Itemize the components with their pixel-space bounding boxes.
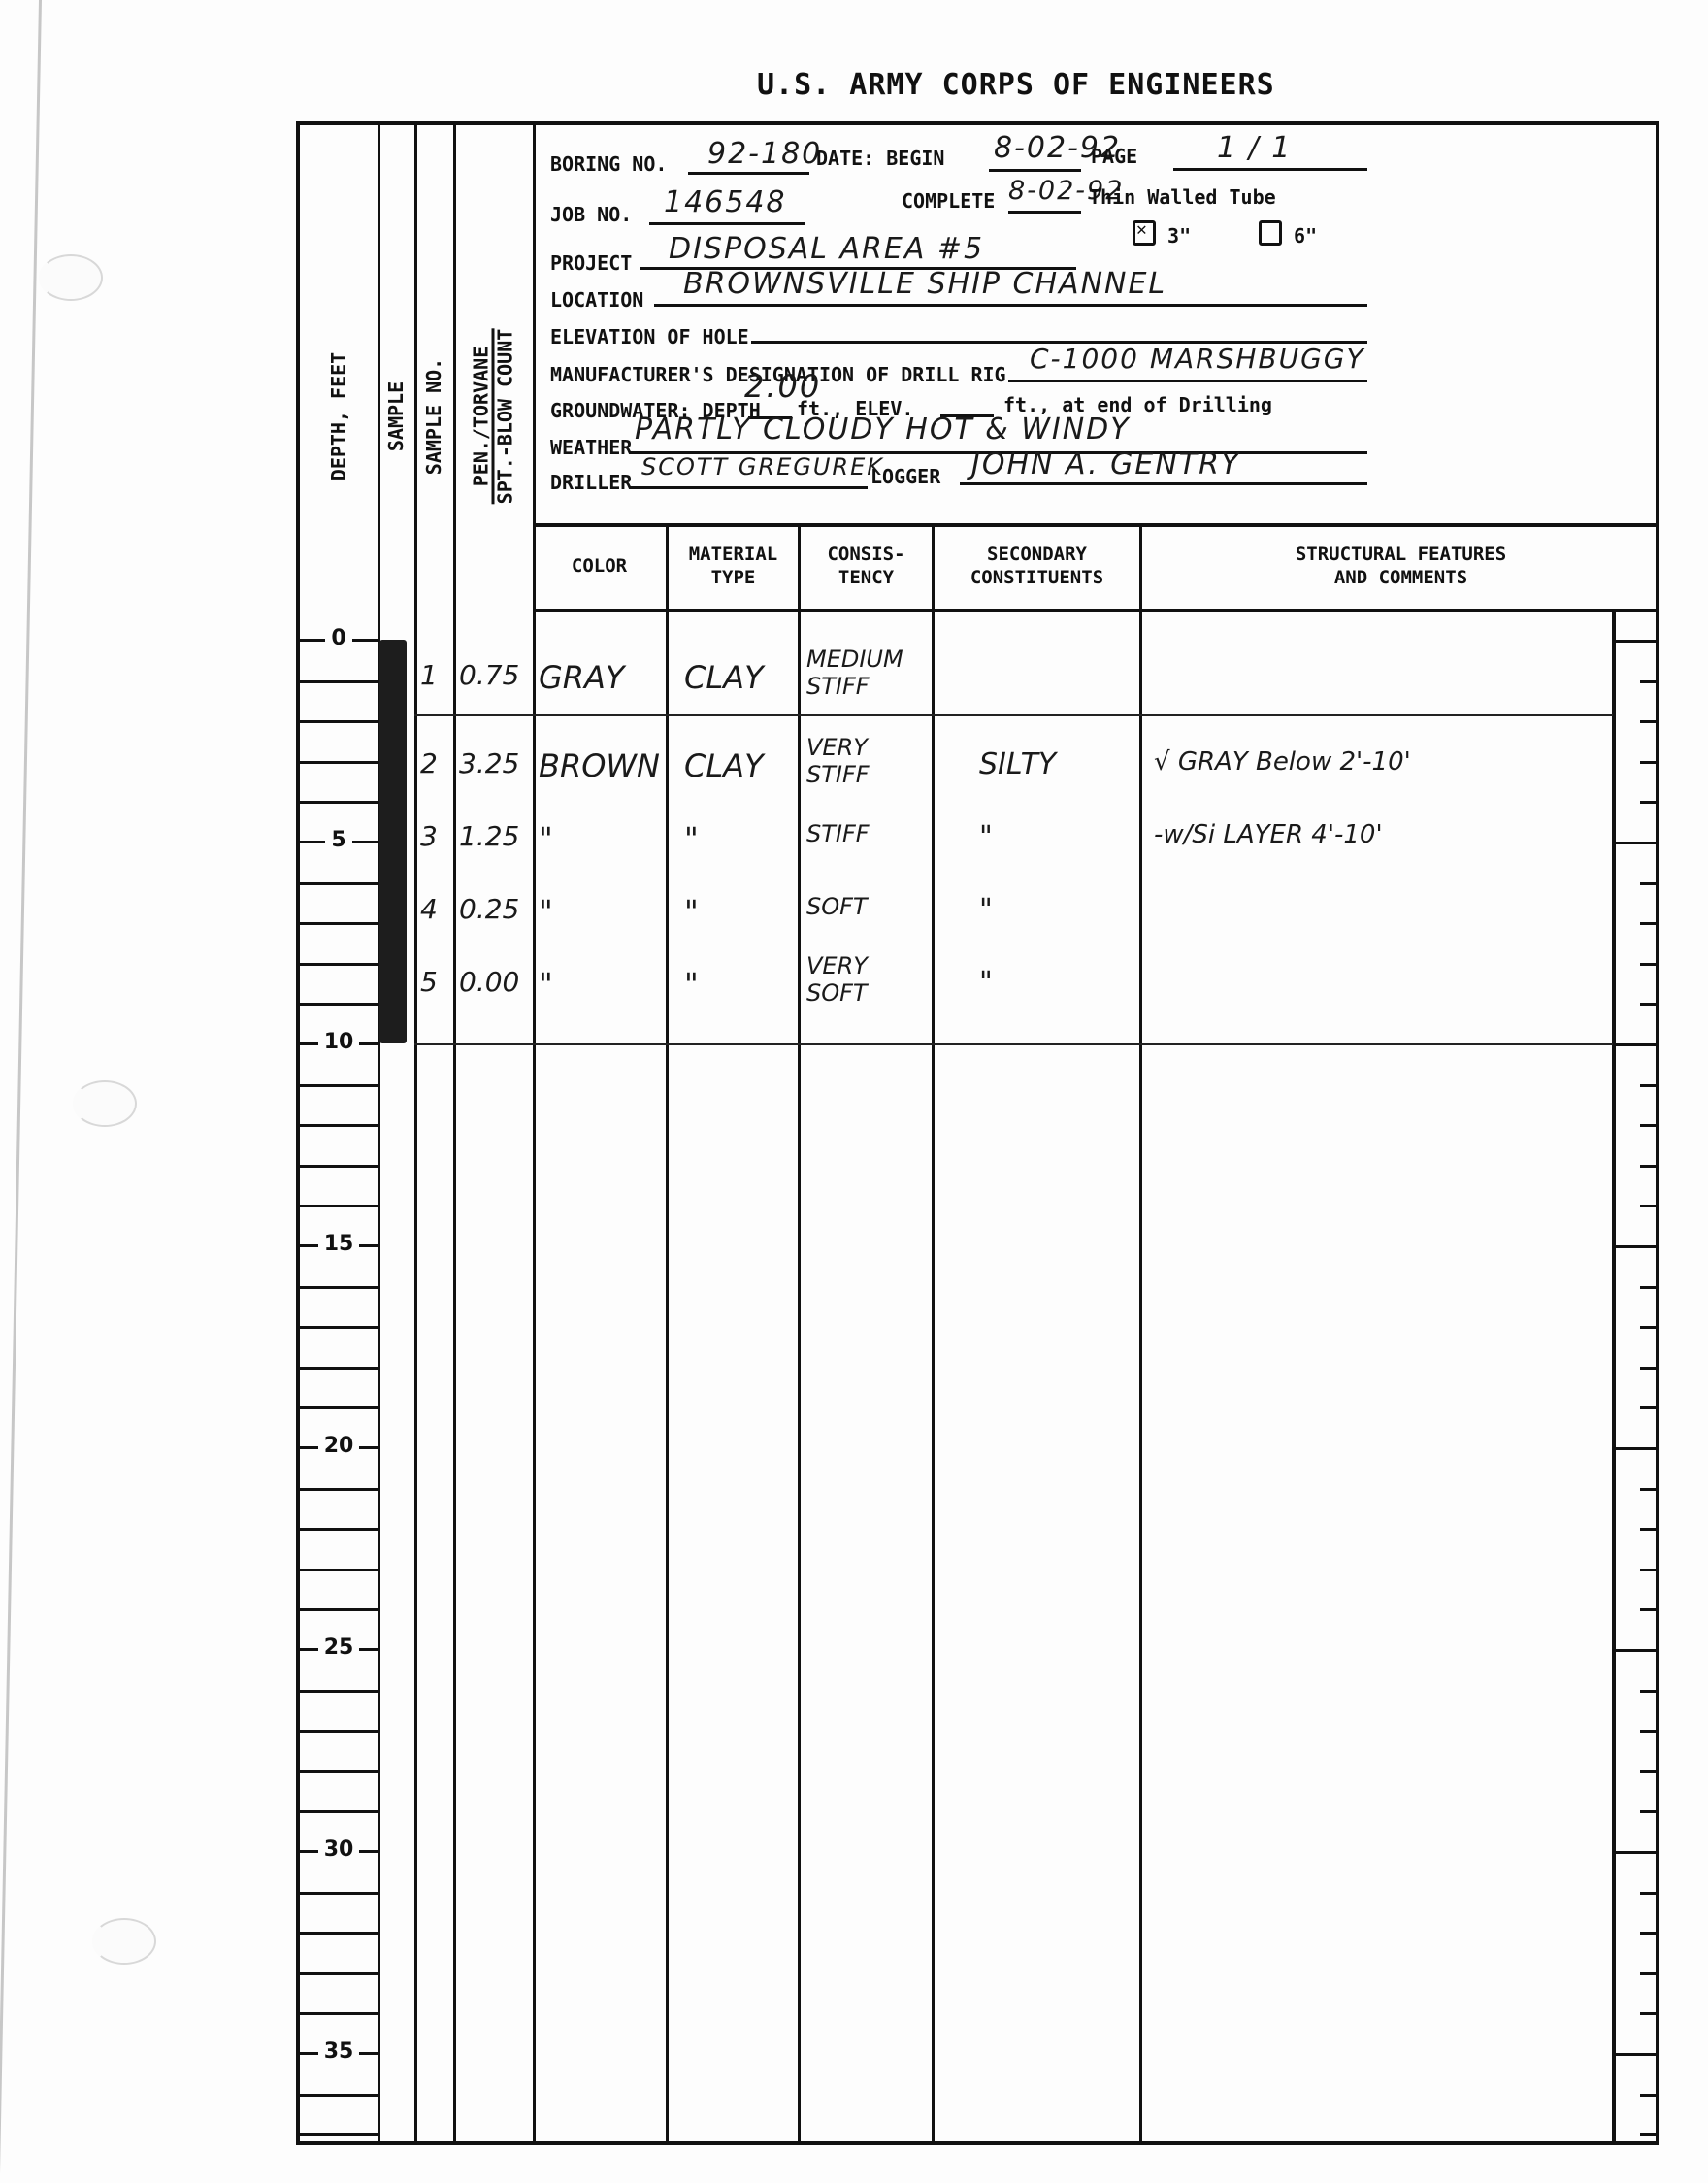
depth-tick bbox=[300, 1892, 378, 1895]
depth-tick bbox=[300, 1326, 378, 1329]
driller-line bbox=[630, 486, 868, 489]
right-depth-tick bbox=[1640, 1810, 1656, 1813]
col-header-secondary: SECONDARY CONSTITUENTS bbox=[935, 523, 1142, 612]
depth-tick bbox=[300, 1770, 378, 1773]
right-depth-tick bbox=[1640, 1972, 1656, 1975]
depth-label: 35 bbox=[300, 2039, 378, 2064]
depth-tick bbox=[300, 1690, 378, 1693]
depth-tick bbox=[300, 720, 378, 723]
depth-tick bbox=[300, 1810, 378, 1813]
col-material-line2: TYPE bbox=[711, 566, 756, 589]
cell-no: 1 bbox=[420, 659, 438, 691]
right-depth-tick bbox=[1640, 2012, 1656, 2015]
depth-tick bbox=[300, 801, 378, 804]
cell-pen: 0.75 bbox=[459, 659, 519, 691]
drill-rig-line bbox=[1008, 380, 1367, 382]
right-depth-tick bbox=[1640, 1730, 1656, 1733]
job-no-label: JOB NO. bbox=[550, 203, 632, 226]
pen-spt-label: PEN./TORVANE SPT.-BLOW COUNT bbox=[471, 329, 516, 505]
cell-color: GRAY bbox=[539, 659, 624, 696]
cell-consistency: VERYSTIFF bbox=[806, 734, 870, 788]
cell-color: " bbox=[539, 966, 553, 1003]
cell-secondary: SILTY bbox=[979, 747, 1056, 781]
weather-label: WEATHER bbox=[550, 436, 632, 459]
depth-tick bbox=[300, 1528, 378, 1531]
depth-label: 15 bbox=[300, 1232, 378, 1256]
right-depth-tick bbox=[1640, 1770, 1656, 1773]
right-depth-tick bbox=[1615, 640, 1656, 643]
right-depth-tick bbox=[1615, 1649, 1656, 1652]
page-value[interactable]: 1 / 1 bbox=[1217, 131, 1292, 165]
project-label: PROJECT bbox=[550, 251, 632, 275]
depth-tick bbox=[300, 1367, 378, 1370]
right-depth-tick bbox=[1615, 2053, 1656, 2056]
header-fields: BORING NO. 92-180 DATE: BEGIN 8-02-92 PA… bbox=[533, 125, 1656, 527]
depth-label: 0 bbox=[300, 626, 378, 650]
project-value[interactable]: DISPOSAL AREA #5 bbox=[669, 232, 984, 266]
right-depth-tick bbox=[1615, 1245, 1656, 1248]
punch-hole bbox=[73, 1080, 137, 1127]
right-depth-tick bbox=[1640, 1528, 1656, 1531]
cell-secondary: " bbox=[979, 893, 993, 927]
page-edge bbox=[0, 0, 42, 2183]
layer-boundary-line bbox=[414, 714, 1613, 716]
location-value[interactable]: BROWNSVILLE SHIP CHANNEL bbox=[683, 267, 1166, 301]
sample-no-label: SAMPLE NO. bbox=[422, 358, 445, 475]
layer-boundary-line bbox=[414, 1043, 1613, 1045]
cell-no: 2 bbox=[420, 747, 438, 779]
depth-tick bbox=[300, 1608, 378, 1611]
right-depth-tick bbox=[1640, 1286, 1656, 1289]
right-depth-tick bbox=[1640, 1488, 1656, 1491]
thin-walled-tube-label: Thin Walled Tube bbox=[1089, 185, 1276, 209]
right-depth-tick bbox=[1615, 1851, 1656, 1854]
col-consistency-line2: TENCY bbox=[838, 566, 894, 589]
right-depth-tick bbox=[1640, 1406, 1656, 1409]
boring-no-value[interactable]: 92-180 bbox=[707, 137, 822, 171]
boring-no-line bbox=[688, 172, 809, 175]
cell-material: " bbox=[684, 893, 699, 930]
right-depth-tick bbox=[1640, 882, 1656, 885]
complete-label: COMPLETE bbox=[902, 189, 995, 213]
tube-6in-label: 6" bbox=[1294, 224, 1317, 248]
depth-tick bbox=[300, 1406, 378, 1409]
right-depth-tick bbox=[1640, 1892, 1656, 1895]
job-no-value[interactable]: 146548 bbox=[664, 185, 787, 219]
cell-color: " bbox=[539, 820, 553, 857]
spt-blow-count-label: SPT.-BLOW COUNT bbox=[494, 329, 517, 505]
depth-tick bbox=[300, 1569, 378, 1571]
depth-tick bbox=[300, 1124, 378, 1127]
boring-no-label: BORING NO. bbox=[550, 152, 667, 176]
col-secondary-line1: SECONDARY bbox=[987, 543, 1087, 566]
cell-pen: 0.00 bbox=[459, 966, 519, 998]
cell-no: 5 bbox=[420, 966, 438, 998]
sample-row[interactable]: 23.25BROWNCLAYVERYSTIFFSILTY√ GRAY Below… bbox=[300, 747, 1656, 790]
logger-line bbox=[960, 482, 1367, 485]
depth-tick bbox=[300, 2012, 378, 2015]
cell-secondary: " bbox=[979, 966, 993, 1000]
right-depth-tick bbox=[1640, 720, 1656, 723]
depth-tick bbox=[300, 1286, 378, 1289]
right-depth-tick bbox=[1615, 1043, 1656, 1046]
depth-label: 25 bbox=[300, 1636, 378, 1660]
logger-value[interactable]: JOHN A. GENTRY bbox=[971, 447, 1240, 481]
sample-column: SAMPLE bbox=[378, 125, 417, 2141]
punch-hole bbox=[39, 254, 103, 301]
checkbox-empty-icon[interactable] bbox=[1259, 220, 1282, 246]
right-depth-tick bbox=[1640, 1367, 1656, 1370]
depth-tick bbox=[300, 2094, 378, 2097]
right-depth-tick bbox=[1640, 1165, 1656, 1168]
col-structural-line2: AND COMMENTS bbox=[1334, 566, 1467, 589]
cell-consistency: MEDIUMSTIFF bbox=[806, 645, 903, 700]
job-no-line bbox=[649, 222, 805, 225]
cell-comments: -w/Si LAYER 4'-10' bbox=[1154, 820, 1383, 849]
driller-label: DRILLER bbox=[550, 471, 632, 494]
depth-tick bbox=[300, 1488, 378, 1491]
drill-rig-value[interactable]: C-1000 MARSHBUGGY bbox=[1030, 343, 1365, 375]
right-depth-tick bbox=[1640, 1084, 1656, 1087]
location-line bbox=[654, 304, 1367, 307]
right-depth-tick bbox=[1640, 2133, 1656, 2136]
cell-no: 3 bbox=[420, 820, 438, 852]
right-depth-tick bbox=[1640, 2094, 1656, 2097]
col-consistency-line1: CONSIS- bbox=[827, 543, 904, 566]
cell-consistency: SOFT bbox=[806, 893, 868, 920]
pen-torvane-label: PEN./TORVANE bbox=[471, 329, 495, 505]
depth-tick bbox=[300, 1165, 378, 1168]
page-label: PAGE bbox=[1091, 145, 1137, 168]
col-material-line1: MATERIAL bbox=[689, 543, 778, 566]
depth-tick bbox=[300, 2133, 378, 2136]
cell-consistency: VERYSOFT bbox=[806, 952, 868, 1007]
depth-tick bbox=[300, 1084, 378, 1087]
sample-row[interactable]: 50.00""VERYSOFT" bbox=[300, 966, 1656, 1009]
cell-material: " bbox=[684, 966, 699, 1003]
boring-log-form: DEPTH, FEET SAMPLE SAMPLE NO. PEN./TORVA… bbox=[296, 121, 1659, 2145]
cell-color: BROWN bbox=[539, 747, 660, 784]
depth-tick bbox=[300, 1932, 378, 1935]
depth-label: 30 bbox=[300, 1837, 378, 1862]
complete-line bbox=[1008, 211, 1081, 214]
sample-row[interactable]: 31.25""STIFF"-w/Si LAYER 4'-10' bbox=[300, 820, 1656, 863]
sample-row[interactable]: 10.75GRAYCLAYMEDIUMSTIFF bbox=[300, 659, 1656, 702]
logger-label: LOGGER bbox=[870, 465, 940, 488]
right-depth-tick bbox=[1640, 801, 1656, 804]
sample-no-column: SAMPLE NO. bbox=[414, 125, 456, 2141]
depth-tick bbox=[300, 882, 378, 885]
date-begin-label: DATE: BEGIN bbox=[816, 147, 944, 170]
date-begin-line bbox=[989, 169, 1081, 172]
cell-comments: √ GRAY Below 2'-10' bbox=[1154, 747, 1411, 777]
depth-label: 20 bbox=[300, 1434, 378, 1458]
depth-label: 10 bbox=[300, 1030, 378, 1054]
col-structural-line1: STRUCTURAL FEATURES bbox=[1296, 543, 1506, 566]
col-header-structural: STRUCTURAL FEATURES AND COMMENTS bbox=[1142, 523, 1659, 612]
right-depth-tick bbox=[1640, 1690, 1656, 1693]
col-color-label: COLOR bbox=[572, 554, 627, 578]
cell-material: " bbox=[684, 820, 699, 857]
right-depth-tick bbox=[1615, 1447, 1656, 1450]
organization-title: U.S. ARMY CORPS OF ENGINEERS bbox=[757, 68, 1275, 102]
pen-spt-column: PEN./TORVANE SPT.-BLOW COUNT bbox=[453, 125, 536, 2141]
depth-feet-label: DEPTH, FEET bbox=[327, 352, 350, 480]
sample-label: SAMPLE bbox=[384, 381, 408, 451]
location-label: LOCATION bbox=[550, 288, 643, 312]
cell-color: " bbox=[539, 893, 553, 930]
driller-value[interactable]: SCOTT GREGUREK bbox=[641, 453, 884, 480]
depth-tick bbox=[300, 1730, 378, 1733]
col-header-material: MATERIAL TYPE bbox=[669, 523, 801, 612]
right-depth-tick bbox=[1640, 1124, 1656, 1127]
depth-tick bbox=[300, 1972, 378, 1975]
right-depth-tick bbox=[1640, 1932, 1656, 1935]
col-secondary-line2: CONSTITUENTS bbox=[970, 566, 1103, 589]
elevation-label: ELEVATION OF HOLE bbox=[550, 325, 749, 348]
cell-material: CLAY bbox=[684, 659, 764, 696]
right-depth-tick bbox=[1640, 1326, 1656, 1329]
cell-secondary: " bbox=[979, 820, 993, 854]
weather-value[interactable]: PARTLY CLOUDY HOT & WINDY bbox=[635, 413, 1131, 447]
col-header-color: COLOR bbox=[533, 523, 669, 612]
page-line bbox=[1173, 168, 1367, 171]
right-depth-tick bbox=[1640, 1608, 1656, 1611]
cell-consistency: STIFF bbox=[806, 820, 870, 847]
col-header-consistency: CONSIS- TENCY bbox=[801, 523, 935, 612]
checkbox-checked-icon[interactable] bbox=[1133, 220, 1156, 246]
cell-pen: 1.25 bbox=[459, 820, 519, 852]
right-depth-tick bbox=[1640, 1569, 1656, 1571]
cell-no: 4 bbox=[420, 893, 438, 925]
cell-pen: 0.25 bbox=[459, 893, 519, 925]
tube-3in-label: 3" bbox=[1167, 224, 1191, 248]
right-depth-tick bbox=[1640, 1205, 1656, 1207]
tube-3in-option[interactable]: 3" bbox=[1133, 220, 1191, 248]
punch-hole bbox=[92, 1918, 156, 1965]
cell-pen: 3.25 bbox=[459, 747, 519, 779]
depth-tick bbox=[300, 1205, 378, 1207]
sample-row[interactable]: 40.25""SOFT" bbox=[300, 893, 1656, 936]
tube-6in-option[interactable]: 6" bbox=[1259, 220, 1317, 248]
cell-material: CLAY bbox=[684, 747, 764, 784]
